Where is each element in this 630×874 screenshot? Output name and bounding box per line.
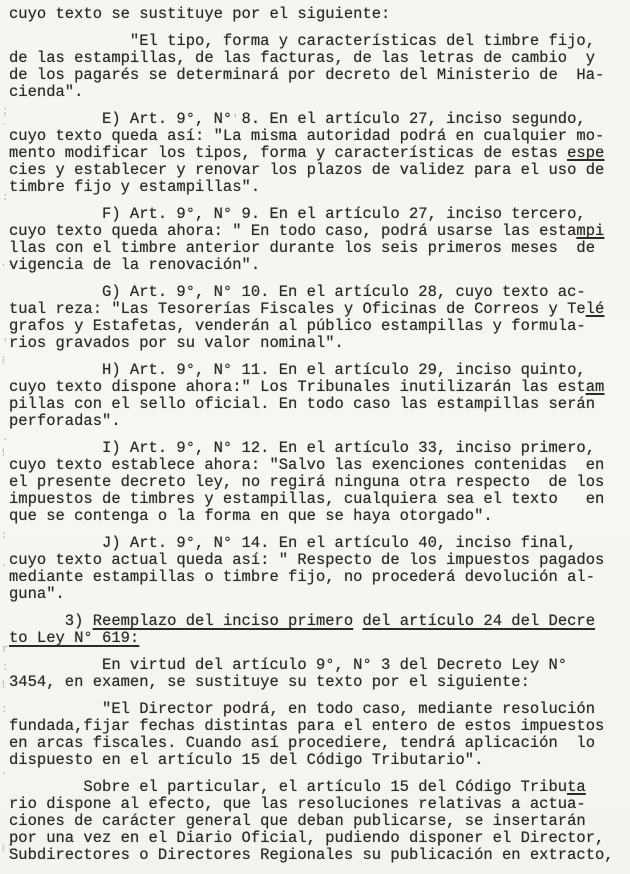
text-line: el presente decreto ley, no regirá ningu… bbox=[9, 474, 628, 491]
scan-artifact: : bbox=[1, 702, 8, 719]
text-line: 3) Reemplazo del inciso primero del artí… bbox=[9, 613, 628, 630]
heading-reemplazo-inciso: 3) Reemplazo del inciso primero del artí… bbox=[9, 613, 628, 647]
scan-artifact: ¨ bbox=[0, 121, 7, 138]
para-en-virtud: En virtud del artículo 9°, N° 3 del Decr… bbox=[9, 657, 628, 691]
scan-artifact: ' bbox=[2, 336, 9, 353]
text-line: ciones de carácter general que deban pub… bbox=[9, 813, 628, 830]
scan-artifact: . bbox=[2, 430, 9, 447]
scan-artifact: : bbox=[2, 660, 9, 677]
text-line: cuyo texto queda ahora: " En todo caso, … bbox=[9, 223, 628, 240]
text-line: mento modificar los tipos, forma y carac… bbox=[9, 145, 628, 162]
text-line: por una vez en el Diario Oficial, pudien… bbox=[9, 830, 628, 847]
text-line: 3454, en examen, se sustituye su texto p… bbox=[9, 674, 628, 691]
scan-artifact: ; bbox=[2, 104, 9, 121]
text-line: to Ley N° 619: bbox=[9, 630, 628, 647]
text-line: en arcas fiscales. Cuando así procediere… bbox=[9, 735, 628, 752]
item-g-art9-n10: G) Art. 9°, N° 10. En el artículo 28, cu… bbox=[9, 284, 628, 352]
scan-artifact: ·· bbox=[0, 258, 13, 275]
item-e-art9-n8: E) Art. 9°, N° 8. En el artículo 27, inc… bbox=[9, 111, 628, 196]
text-line: H) Art. 9°, N° 11. En el artículo 29, in… bbox=[9, 362, 628, 379]
text-line: Sobre el particular, el artículo 15 del … bbox=[9, 779, 628, 796]
text-line: cienda". bbox=[9, 84, 628, 101]
text-line: tual reza: "Las Tesorerías Fiscales y Of… bbox=[9, 301, 628, 318]
text-line: timbre fijo y estampillas". bbox=[9, 179, 628, 196]
text-line: llas con el timbre anterior durante los … bbox=[9, 240, 628, 257]
text-line: dispuesto en el artículo 15 del Código T… bbox=[9, 752, 628, 769]
quote-director: "El Director podrá, en todo caso, median… bbox=[9, 701, 628, 769]
text-line: guna". bbox=[9, 586, 628, 603]
line-intro: cuyo texto se sustituye por el siguiente… bbox=[9, 6, 628, 23]
text-line: rios gravados por su valor nominal". bbox=[9, 335, 628, 352]
text-line: de las estampillas, de las facturas, de … bbox=[9, 50, 628, 67]
item-h-art9-n11: H) Art. 9°, N° 11. En el artículo 29, in… bbox=[9, 362, 628, 430]
text-line: que se contenga o la forma en que se hay… bbox=[9, 508, 628, 525]
text-line: cuyo texto dispone ahora:" Los Tribunale… bbox=[9, 379, 628, 396]
text-line: cuyo texto actual queda así: " Respecto … bbox=[9, 552, 628, 569]
item-j-art9-n14: J) Art. 9°, N° 14. En el artículo 40, in… bbox=[9, 535, 628, 603]
para-sobre-particular: Sobre el particular, el artículo 15 del … bbox=[9, 779, 628, 864]
quote-timbre-fijo: "El tipo, forma y características del ti… bbox=[9, 33, 628, 101]
text-line: rio dispone al efecto, que las resolucio… bbox=[9, 796, 628, 813]
text-line: F) Art. 9°, N° 9. En el artículo 27, inc… bbox=[9, 206, 628, 223]
scan-artifact: r bbox=[2, 642, 9, 659]
text-line: impuestos de timbres y estampillas, cual… bbox=[9, 491, 628, 508]
text-line: cuyo texto se sustituye por el siguiente… bbox=[9, 6, 628, 23]
text-line: "El tipo, forma y características del ti… bbox=[9, 33, 628, 50]
text-line: I) Art. 9°, N° 12. En el artículo 33, in… bbox=[9, 440, 628, 457]
text-line: vigencia de la renovación". bbox=[9, 257, 628, 274]
scan-artifact: ! bbox=[0, 446, 7, 463]
text-line: cuyo texto queda así: "La misma autorida… bbox=[9, 128, 628, 145]
scan-artifact: . bbox=[1, 764, 8, 781]
text-line: pillas con el sello oficial. En todo cas… bbox=[9, 396, 628, 413]
document-page: cuyo texto se sustituye por el siguiente… bbox=[0, 0, 630, 874]
text-line: En virtud del artículo 9°, N° 3 del Decr… bbox=[9, 657, 628, 674]
scan-artifact: : bbox=[1, 528, 8, 545]
item-i-art9-n12: I) Art. 9°, N° 12. En el artículo 33, in… bbox=[9, 440, 628, 525]
item-f-art9-n9: F) Art. 9°, N° 9. En el artículo 27, inc… bbox=[9, 206, 628, 274]
text-line: J) Art. 9°, N° 14. En el artículo 40, in… bbox=[9, 535, 628, 552]
text-line: cies y establecer y renovar los plazos d… bbox=[9, 162, 628, 179]
scan-artifact: . bbox=[1, 556, 8, 573]
scan-artifact: ¡ bbox=[0, 352, 7, 369]
scan-artifact: ¡: bbox=[0, 840, 13, 857]
text-line: Subdirectores o Directores Regionales su… bbox=[9, 847, 628, 864]
text-line: perforadas". bbox=[9, 413, 628, 430]
scan-artifact: ! bbox=[0, 678, 7, 695]
text-line: G) Art. 9°, N° 10. En el artículo 28, cu… bbox=[9, 284, 628, 301]
scan-artifact: : bbox=[2, 190, 9, 207]
document-text: cuyo texto se sustituye por el siguiente… bbox=[9, 6, 628, 874]
text-line: de los pagarés se determinará por decret… bbox=[9, 67, 628, 84]
text-line: E) Art. 9°, N° 8. En el artículo 27, inc… bbox=[9, 111, 628, 128]
text-line: grafos y Estafetas, venderán al público … bbox=[9, 318, 628, 335]
text-line: cuyo texto establece ahora: "Salvo las e… bbox=[9, 457, 628, 474]
text-line: mediante estampillas o timbre fijo, no p… bbox=[9, 569, 628, 586]
text-line: "El Director podrá, en todo caso, median… bbox=[9, 701, 628, 718]
text-line: fundada,fijar fechas distintas para el e… bbox=[9, 718, 628, 735]
scan-artifact: ' ' bbox=[232, 112, 252, 129]
